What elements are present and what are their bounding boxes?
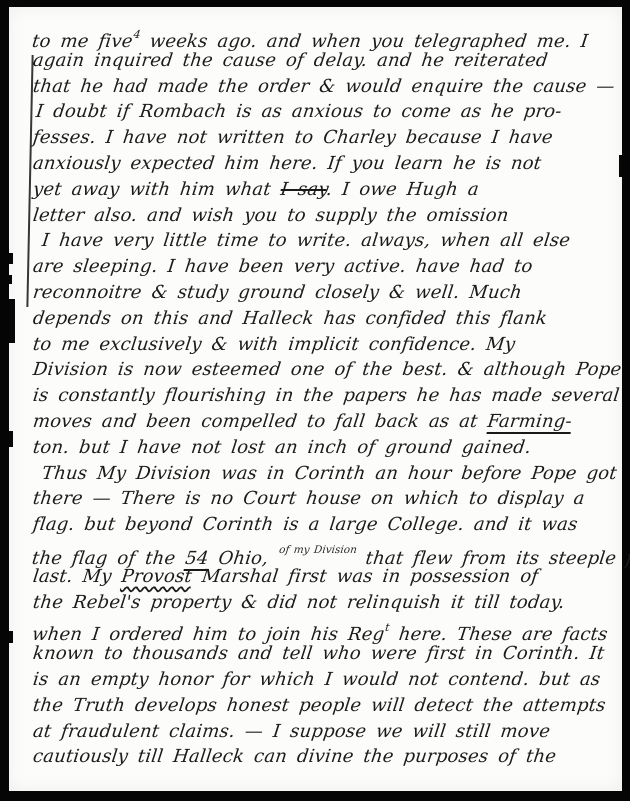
manuscript-segment: anxiously expected him here. If you lear… (32, 153, 543, 174)
manuscript-line: letter also. and wish you to supply the … (31, 203, 613, 229)
manuscript-line: the Rebel's property & did not relinquis… (31, 590, 613, 616)
manuscript-segment: there — There is no Court house on which… (32, 488, 586, 509)
scan-edge-mark (9, 275, 12, 284)
manuscript-line: I doubt if Rombach is as anxious to come… (31, 99, 613, 125)
manuscript-text: to me five4 weeks ago. and when you tele… (33, 22, 612, 770)
manuscript-line: I have very little time to write. always… (31, 228, 613, 254)
scan-edge-mark (619, 155, 622, 177)
scan-edge-mark (9, 253, 13, 264)
manuscript-segment: cautiously till Halleck can divine the p… (32, 746, 558, 767)
manuscript-segment: is an empty honor for which I would not … (32, 669, 602, 690)
manuscript-line: to me exclusively & with implicit confid… (31, 332, 613, 358)
scan-edge-mark (9, 431, 13, 447)
manuscript-segment: I have very little time to write. always… (41, 230, 572, 251)
manuscript-line: there — There is no Court house on which… (31, 486, 613, 512)
manuscript-segment: that he had made the order & would enqui… (32, 76, 616, 97)
manuscript-segment: last. My (32, 566, 123, 587)
manuscript-segment: is constantly flourishing in the papers … (32, 385, 621, 406)
manuscript-segment: at fraudulent claims. — I suppose we wil… (32, 721, 552, 742)
manuscript-line: the Truth develops honest people will de… (31, 693, 613, 719)
letter-paper: to me five4 weeks ago. and when you tele… (9, 7, 622, 791)
manuscript-line: yet away with him what I say. I owe Hugh… (31, 177, 613, 203)
scanned-letter-page: to me five4 weeks ago. and when you tele… (0, 0, 630, 801)
manuscript-line: Division is now esteemed one of the best… (31, 357, 613, 383)
manuscript-line: the flag of the 54 Ohio, of my Division … (31, 538, 613, 564)
manuscript-line: again inquired the cause of delay. and h… (31, 48, 613, 74)
manuscript-line: when I ordered him to join his Regt here… (31, 615, 613, 641)
manuscript-line: at fraudulent claims. — I suppose we wil… (31, 719, 613, 745)
manuscript-segment: reconnoitre & study ground closely & wel… (32, 282, 523, 303)
manuscript-segment: ton. but I have not lost an inch of grou… (32, 437, 533, 458)
manuscript-line: is an empty honor for which I would not … (31, 667, 613, 693)
manuscript-line: anxiously expected him here. If you lear… (31, 151, 613, 177)
manuscript-segment: Thus My Division was in Corinth an hour … (41, 463, 618, 484)
manuscript-segment: flag. but beyond Corinth is a large Coll… (32, 514, 579, 535)
manuscript-segment: I doubt if Rombach is as anxious to come… (35, 101, 563, 122)
manuscript-segment: again inquired the cause of delay. and h… (32, 50, 549, 71)
manuscript-segment-strike: I say (279, 179, 327, 200)
manuscript-line: depends on this and Halleck has confided… (31, 306, 613, 332)
manuscript-line: are sleeping. I have been very active. h… (31, 254, 613, 280)
scan-edge-mark (9, 299, 15, 343)
manuscript-line: ton. but I have not lost an inch of grou… (31, 435, 613, 461)
manuscript-segment: yet away with him what (32, 179, 282, 200)
manuscript-segment: depends on this and Halleck has confided… (32, 308, 549, 329)
manuscript-segment: are sleeping. I have been very active. h… (32, 256, 534, 277)
manuscript-segment: letter also. and wish you to supply the … (32, 205, 510, 226)
manuscript-line: is constantly flourishing in the papers … (31, 383, 613, 409)
manuscript-line: reconnoitre & study ground closely & wel… (31, 280, 613, 306)
manuscript-line: last. My Provost Marshal first was in po… (31, 564, 613, 590)
manuscript-segment: Division is now esteemed one of the best… (32, 359, 623, 380)
manuscript-line: moves and been compelled to fall back as… (31, 409, 613, 435)
manuscript-line: known to thousands and tell who were fir… (31, 641, 613, 667)
manuscript-line: cautiously till Halleck can divine the p… (31, 744, 613, 770)
manuscript-segment: . I owe Hugh a (325, 179, 480, 200)
manuscript-segment-interline: of my Division (278, 544, 357, 556)
manuscript-segment: the Truth develops honest people will de… (32, 695, 607, 716)
manuscript-line: fesses. I have not written to Charley be… (31, 125, 613, 151)
manuscript-segment: to me exclusively & with implicit confid… (32, 334, 517, 355)
manuscript-segment: known to thousands and tell who were fir… (32, 643, 606, 664)
manuscript-segment: the Rebel's property & did not relinquis… (32, 592, 566, 613)
manuscript-segment-underline: Farming- (486, 411, 573, 434)
manuscript-line: flag. but beyond Corinth is a large Coll… (31, 512, 613, 538)
scan-edge-mark (9, 631, 13, 643)
manuscript-line: Thus My Division was in Corinth an hour … (31, 461, 613, 487)
manuscript-segment: moves and been compelled to fall back as… (32, 411, 489, 432)
manuscript-segment: Marshal first was in possession of (191, 566, 540, 587)
manuscript-line: to me five4 weeks ago. and when you tele… (31, 22, 613, 48)
manuscript-segment: fesses. I have not written to Charley be… (32, 127, 554, 148)
manuscript-segment-wavy: Provost (120, 566, 193, 587)
manuscript-line: that he had made the order & would enqui… (31, 74, 613, 100)
